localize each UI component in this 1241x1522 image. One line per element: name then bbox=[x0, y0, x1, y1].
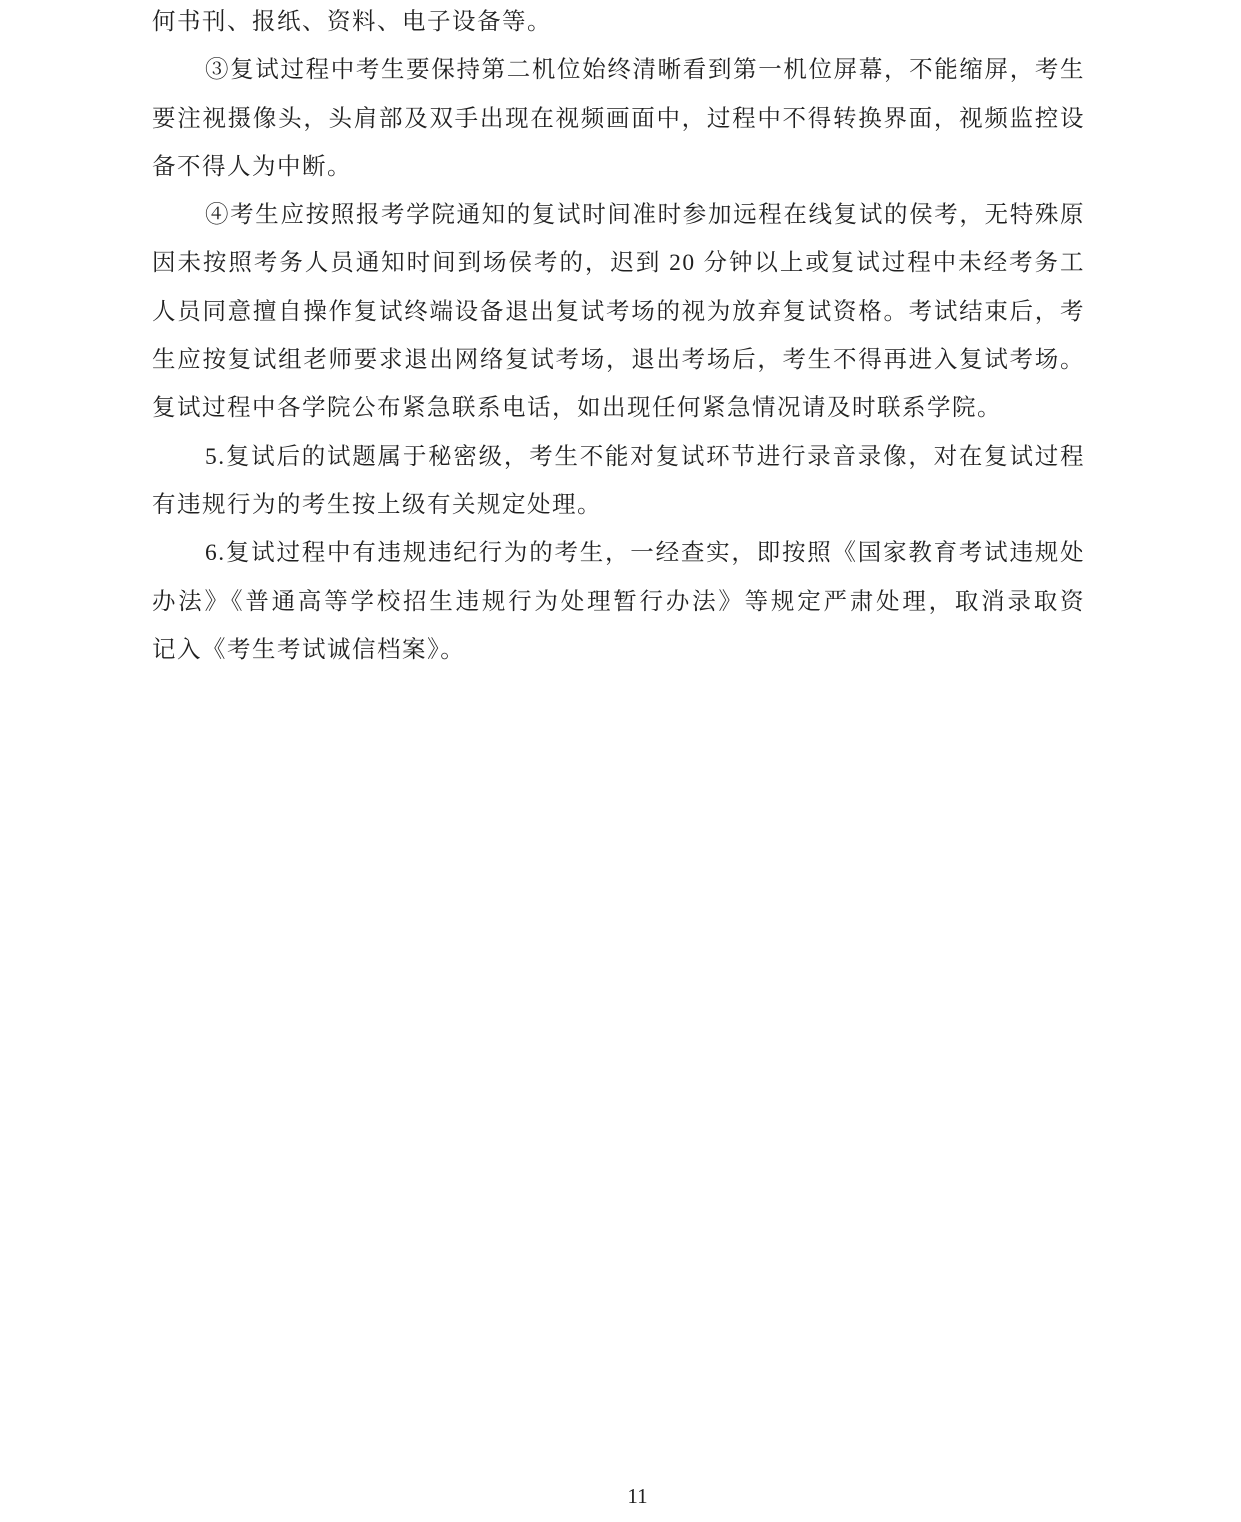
text-line: 何书刊、报纸、资料、电子设备等。 bbox=[152, 0, 1085, 46]
text-line: 复试过程中各学院公布紧急联系电话，如出现任何紧急情况请及时联系学院。 bbox=[152, 384, 1085, 432]
text-line: ③复试过程中考生要保持第二机位始终清晰看到第一机位屏幕，不能缩屏，考生 bbox=[152, 46, 1085, 94]
text-line: 要注视摄像头，头肩部及双手出现在视频画面中，过程中不得转换界面，视频监控设 bbox=[152, 95, 1085, 143]
text-line: 办法》《普通高等学校招生违规行为处理暂行办法》等规定严肃处理，取消录取资格， bbox=[152, 578, 1085, 626]
paragraph-continuation: 何书刊、报纸、资料、电子设备等。 bbox=[152, 0, 1085, 46]
text-line: 因未按照考务人员通知时间到场侯考的，迟到 20 分钟以上或复试过程中未经考务工作 bbox=[152, 239, 1085, 287]
paragraph-item-3: ③复试过程中考生要保持第二机位始终清晰看到第一机位屏幕，不能缩屏，考生 要注视摄… bbox=[152, 46, 1085, 191]
text-line: ④考生应按照报考学院通知的复试时间准时参加远程在线复试的侯考，无特殊原 bbox=[152, 191, 1085, 239]
text-line: 有违规行为的考生按上级有关规定处理。 bbox=[152, 481, 1085, 529]
text-line: 备不得人为中断。 bbox=[152, 143, 1085, 191]
text-line: 生应按复试组老师要求退出网络复试考场，退出考场后，考生不得再进入复试考场。 bbox=[152, 336, 1085, 384]
document-page: 何书刊、报纸、资料、电子设备等。 ③复试过程中考生要保持第二机位始终清晰看到第一… bbox=[0, 0, 1241, 1522]
text-line: 5.复试后的试题属于秘密级，考生不能对复试环节进行录音录像，对在复试过程中 bbox=[152, 433, 1085, 481]
text-line: 记入《考生考试诚信档案》。 bbox=[152, 626, 1085, 674]
text-line: 人员同意擅自操作复试终端设备退出复试考场的视为放弃复试资格。考试结束后，考 bbox=[152, 288, 1085, 336]
paragraph-item-5: 5.复试后的试题属于秘密级，考生不能对复试环节进行录音录像，对在复试过程中 有违… bbox=[152, 433, 1085, 530]
page-number: 11 bbox=[0, 1483, 1241, 1509]
document-body: 何书刊、报纸、资料、电子设备等。 ③复试过程中考生要保持第二机位始终清晰看到第一… bbox=[152, 0, 1085, 674]
paragraph-item-4: ④考生应按照报考学院通知的复试时间准时参加远程在线复试的侯考，无特殊原 因未按照… bbox=[152, 191, 1085, 432]
text-line: 6.复试过程中有违规违纪行为的考生，一经查实，即按照《国家教育考试违规处理 bbox=[152, 529, 1085, 577]
paragraph-item-6: 6.复试过程中有违规违纪行为的考生，一经查实，即按照《国家教育考试违规处理 办法… bbox=[152, 529, 1085, 674]
